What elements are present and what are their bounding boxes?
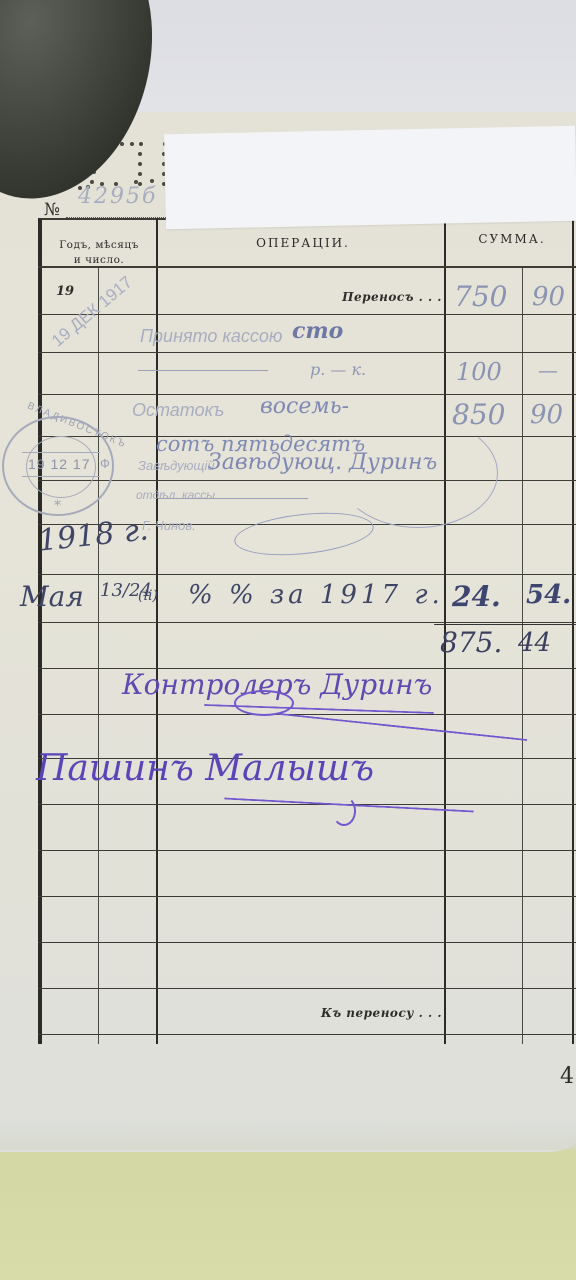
entry-day-annotation: (ii) [138, 588, 158, 604]
manager-title-printed: Завѣдующій [138, 458, 215, 473]
second-signature: Пашинъ Малышъ [36, 748, 374, 789]
postmark-bar-top [22, 452, 100, 453]
row-rule [38, 574, 576, 575]
document-number-value: 4295б [78, 184, 157, 209]
balance-handwritten-1: восемь- [260, 394, 349, 419]
controller-signature-loop [234, 690, 294, 716]
row-rule [38, 714, 576, 715]
column-divider-month-day [98, 266, 99, 1044]
cash-received-rk: р. — к. [310, 360, 366, 379]
postmark-star-icon: * [54, 498, 61, 514]
interest-operation: % % за 1917 г. [188, 580, 444, 610]
ledger-right-edge [572, 212, 574, 1044]
page-number: 4 [560, 1064, 574, 1089]
postmark-stamp: ВЛАДИВОСТОКЪ 19 12 17 Ф * [2, 416, 114, 516]
header-date: Годъ, мѣсяцъ и число. [46, 238, 152, 268]
document-number-dotted-line [66, 217, 166, 218]
cash-received-strike [138, 370, 268, 371]
row-rule [38, 314, 576, 315]
carry-in-kopecks: 90 [532, 282, 565, 312]
row-rule [38, 1034, 576, 1035]
row-rule [38, 988, 576, 989]
year-prefix: 19 [56, 284, 74, 299]
total-rubles: 875. [440, 626, 502, 659]
document-number-label: № [44, 200, 60, 220]
header-date-line1: Годъ, мѣсяцъ [46, 238, 152, 253]
header-date-line2: и число. [46, 253, 152, 268]
total-wavy-rule [434, 624, 576, 625]
cash-received-kopecks: — [538, 358, 558, 382]
cash-received-printed: Принято кассою [140, 326, 282, 347]
row-rule [38, 896, 576, 897]
balance-kopecks: 90 [530, 400, 563, 430]
header-sum: СУММА. [448, 232, 576, 246]
cash-received-rubles: 100 [456, 358, 502, 386]
cash-received-handwritten: сто [292, 318, 343, 344]
page-curl-edge [0, 1120, 576, 1150]
row-rule [38, 942, 576, 943]
row-rule [38, 622, 576, 623]
white-paper-slip [164, 126, 576, 230]
row-rule [38, 850, 576, 851]
carry-out-label: Къ переносу . . . [321, 1006, 442, 1020]
background-surface-bottom [0, 1140, 576, 1280]
official-printed: Г. Чинов. [142, 518, 196, 533]
faint-signature-loop [338, 418, 498, 528]
interest-rubles: 24. [452, 580, 501, 613]
carry-in-label: Переносъ . . . [342, 290, 442, 304]
cashier-dept-printed: отдѣл. кассы [136, 488, 215, 502]
total-kopecks: 44 [518, 628, 551, 658]
row-rule [38, 804, 576, 805]
carry-in-rubles: 750 [454, 280, 507, 313]
row-rule [38, 352, 576, 353]
second-signature-hook [332, 796, 356, 826]
postmark-date: 19 12 17 [28, 456, 91, 472]
postmark-bar-bottom [22, 476, 100, 477]
cashier-dept-strike [158, 498, 308, 499]
header-operations: ОПЕРАЦІИ. [160, 236, 446, 250]
entry-month: Мая [20, 580, 84, 613]
balance-printed: Остатокъ [132, 400, 224, 421]
ledger-table: Годъ, мѣсяцъ и число. ОПЕРАЦІИ. СУММА. 1… [38, 218, 576, 1044]
interest-kopecks: 54. [526, 580, 571, 610]
postmark-suffix: Ф [100, 456, 110, 471]
